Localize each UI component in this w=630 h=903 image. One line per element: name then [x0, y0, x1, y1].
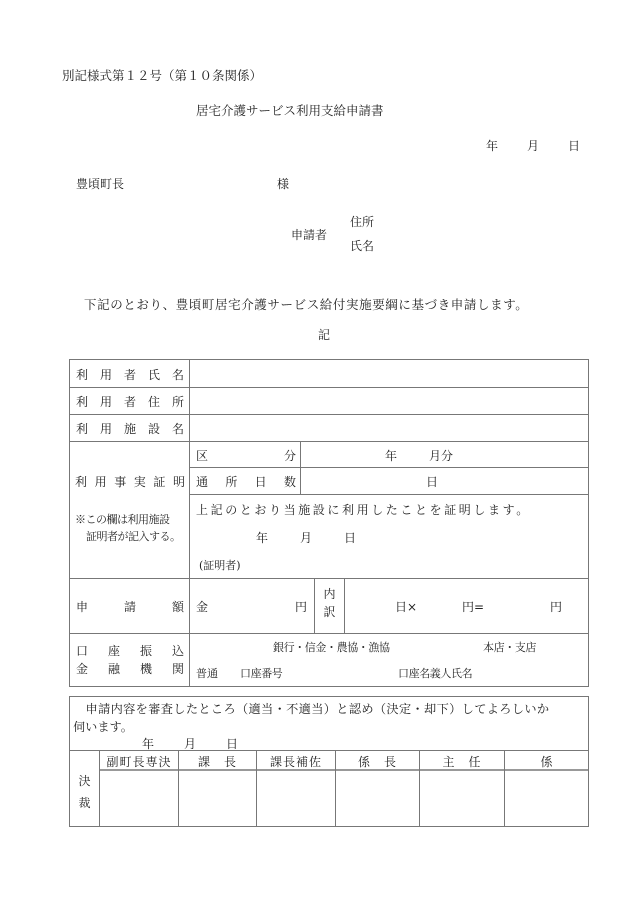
account-number-label: 口座番号 — [240, 665, 282, 681]
document-title: 居宅介護サービス利用支給申請書 — [196, 101, 384, 119]
approval-date-day: 日 — [226, 735, 238, 752]
approval-date-month: 月 — [184, 735, 196, 752]
date-year: 年 — [486, 137, 498, 154]
breakdown-field[interactable]: 日× 円= 円 — [345, 579, 588, 633]
certifier-label: (証明者) — [199, 557, 241, 573]
ki-heading: 記 — [318, 326, 330, 343]
approval-col-deputy-mayor: 副町長専決 — [100, 753, 178, 770]
breakdown-label: 内 訳 — [315, 585, 344, 621]
applicant-name-label: 氏名 — [350, 237, 374, 254]
approval-border-right — [588, 696, 589, 827]
days-label: 通 所 日 数 — [196, 473, 296, 490]
usage-cert-label: 利 用 事 実 証 明 — [75, 473, 185, 490]
table-border-left — [69, 359, 70, 687]
seal-box-staff[interactable] — [505, 772, 588, 826]
days-field[interactable]: 日 — [301, 468, 588, 494]
approval-date-year: 年 — [142, 735, 154, 752]
user-address-label: 利 用 者 住 所 — [76, 393, 184, 410]
amount-yen: 円 — [295, 598, 307, 615]
submission-date: 年 月 日 — [486, 137, 580, 154]
cert-statement: 上記のとおり当施設に利用したことを証明します。 — [196, 501, 531, 518]
category-month: 月分 — [429, 447, 453, 464]
usage-cert-note-line1: ※この欄は利用施設 — [75, 511, 170, 527]
account-holder-label: 口座名義人氏名 — [398, 665, 472, 681]
category-label: 区 分 — [196, 447, 296, 464]
addressee: 豊頃町長 — [76, 175, 124, 192]
bank-label-line2: 金 融 機 関 — [76, 660, 184, 677]
approval-col-staff: 係 — [505, 753, 588, 770]
cert-date-month: 月 — [300, 529, 312, 546]
approval-border-top — [69, 696, 589, 697]
branch-types: 本店・支店 — [483, 639, 536, 655]
form-number: 別記様式第１２号（第１０条関係） — [62, 66, 262, 84]
amount-kin: 金 — [196, 598, 208, 615]
table-border-bottom — [69, 686, 589, 687]
cert-date-year: 年 — [256, 529, 268, 546]
amount-label: 申 請 額 — [76, 598, 184, 615]
approval-border-bottom — [69, 826, 589, 827]
facility-name-label: 利 用 施 設 名 — [76, 420, 184, 437]
category-year: 年 — [385, 447, 397, 464]
approval-col-supervisor: 主 任 — [420, 753, 504, 770]
applicant-label: 申請者 — [291, 226, 327, 243]
usage-cert-note-line2: 証明者が記入する。 — [86, 528, 181, 544]
seal-box-unit-chief[interactable] — [336, 772, 419, 826]
honorific: 様 — [277, 175, 289, 192]
seal-box-section-chief[interactable] — [179, 772, 256, 826]
facility-name-field[interactable] — [190, 415, 588, 441]
application-statement: 下記のとおり、豊頃町居宅介護サービス給付実施要綱に基づき申請します。 — [84, 295, 528, 313]
breakdown-total: 円 — [550, 598, 562, 615]
approval-request-line2: 伺います。 — [73, 718, 133, 735]
user-name-field[interactable] — [190, 360, 588, 387]
table-border-right — [588, 359, 589, 687]
institution-types: 銀行・信金・農協・漁協 — [273, 639, 390, 655]
user-address-field[interactable] — [190, 388, 588, 414]
seal-box-supervisor[interactable] — [420, 772, 504, 826]
amount-field[interactable]: 金 円 — [190, 579, 314, 633]
row-divider — [189, 494, 589, 495]
approval-col-unit-chief: 係 長 — [336, 753, 419, 770]
cert-date-day: 日 — [344, 529, 356, 546]
breakdown-days: 日× — [395, 598, 417, 615]
bank-field[interactable]: 銀行・信金・農協・漁協 本店・支店 普通 口座番号 口座名義人氏名 — [190, 634, 588, 686]
seal-box-deputy-mayor[interactable] — [100, 772, 178, 826]
date-day: 日 — [568, 137, 580, 154]
approval-date: 年 月 日 — [142, 735, 238, 752]
breakdown-unit-price: 円= — [462, 598, 484, 615]
approval-col-section-chief: 課 長 — [179, 753, 256, 770]
approval-col-assistant-chief: 課長補佐 — [257, 753, 335, 770]
account-type: 普通 — [196, 665, 218, 681]
applicant-address-label: 住所 — [350, 213, 374, 230]
bank-label-line1: 口 座 振 込 — [76, 642, 184, 659]
user-name-label: 利 用 者 氏 名 — [76, 366, 184, 383]
days-unit: 日 — [426, 473, 438, 490]
approval-request-line1: 申請内容を審査したところ（適当・不適当）と認め（決定・却下）してよろしいか — [73, 700, 549, 717]
category-field[interactable]: 年 月分 — [301, 442, 588, 467]
decision-label: 決 裁 — [70, 770, 99, 814]
cert-date: 年 月 日 — [256, 529, 356, 546]
date-month: 月 — [527, 137, 539, 154]
seal-box-assistant-chief[interactable] — [257, 772, 335, 826]
